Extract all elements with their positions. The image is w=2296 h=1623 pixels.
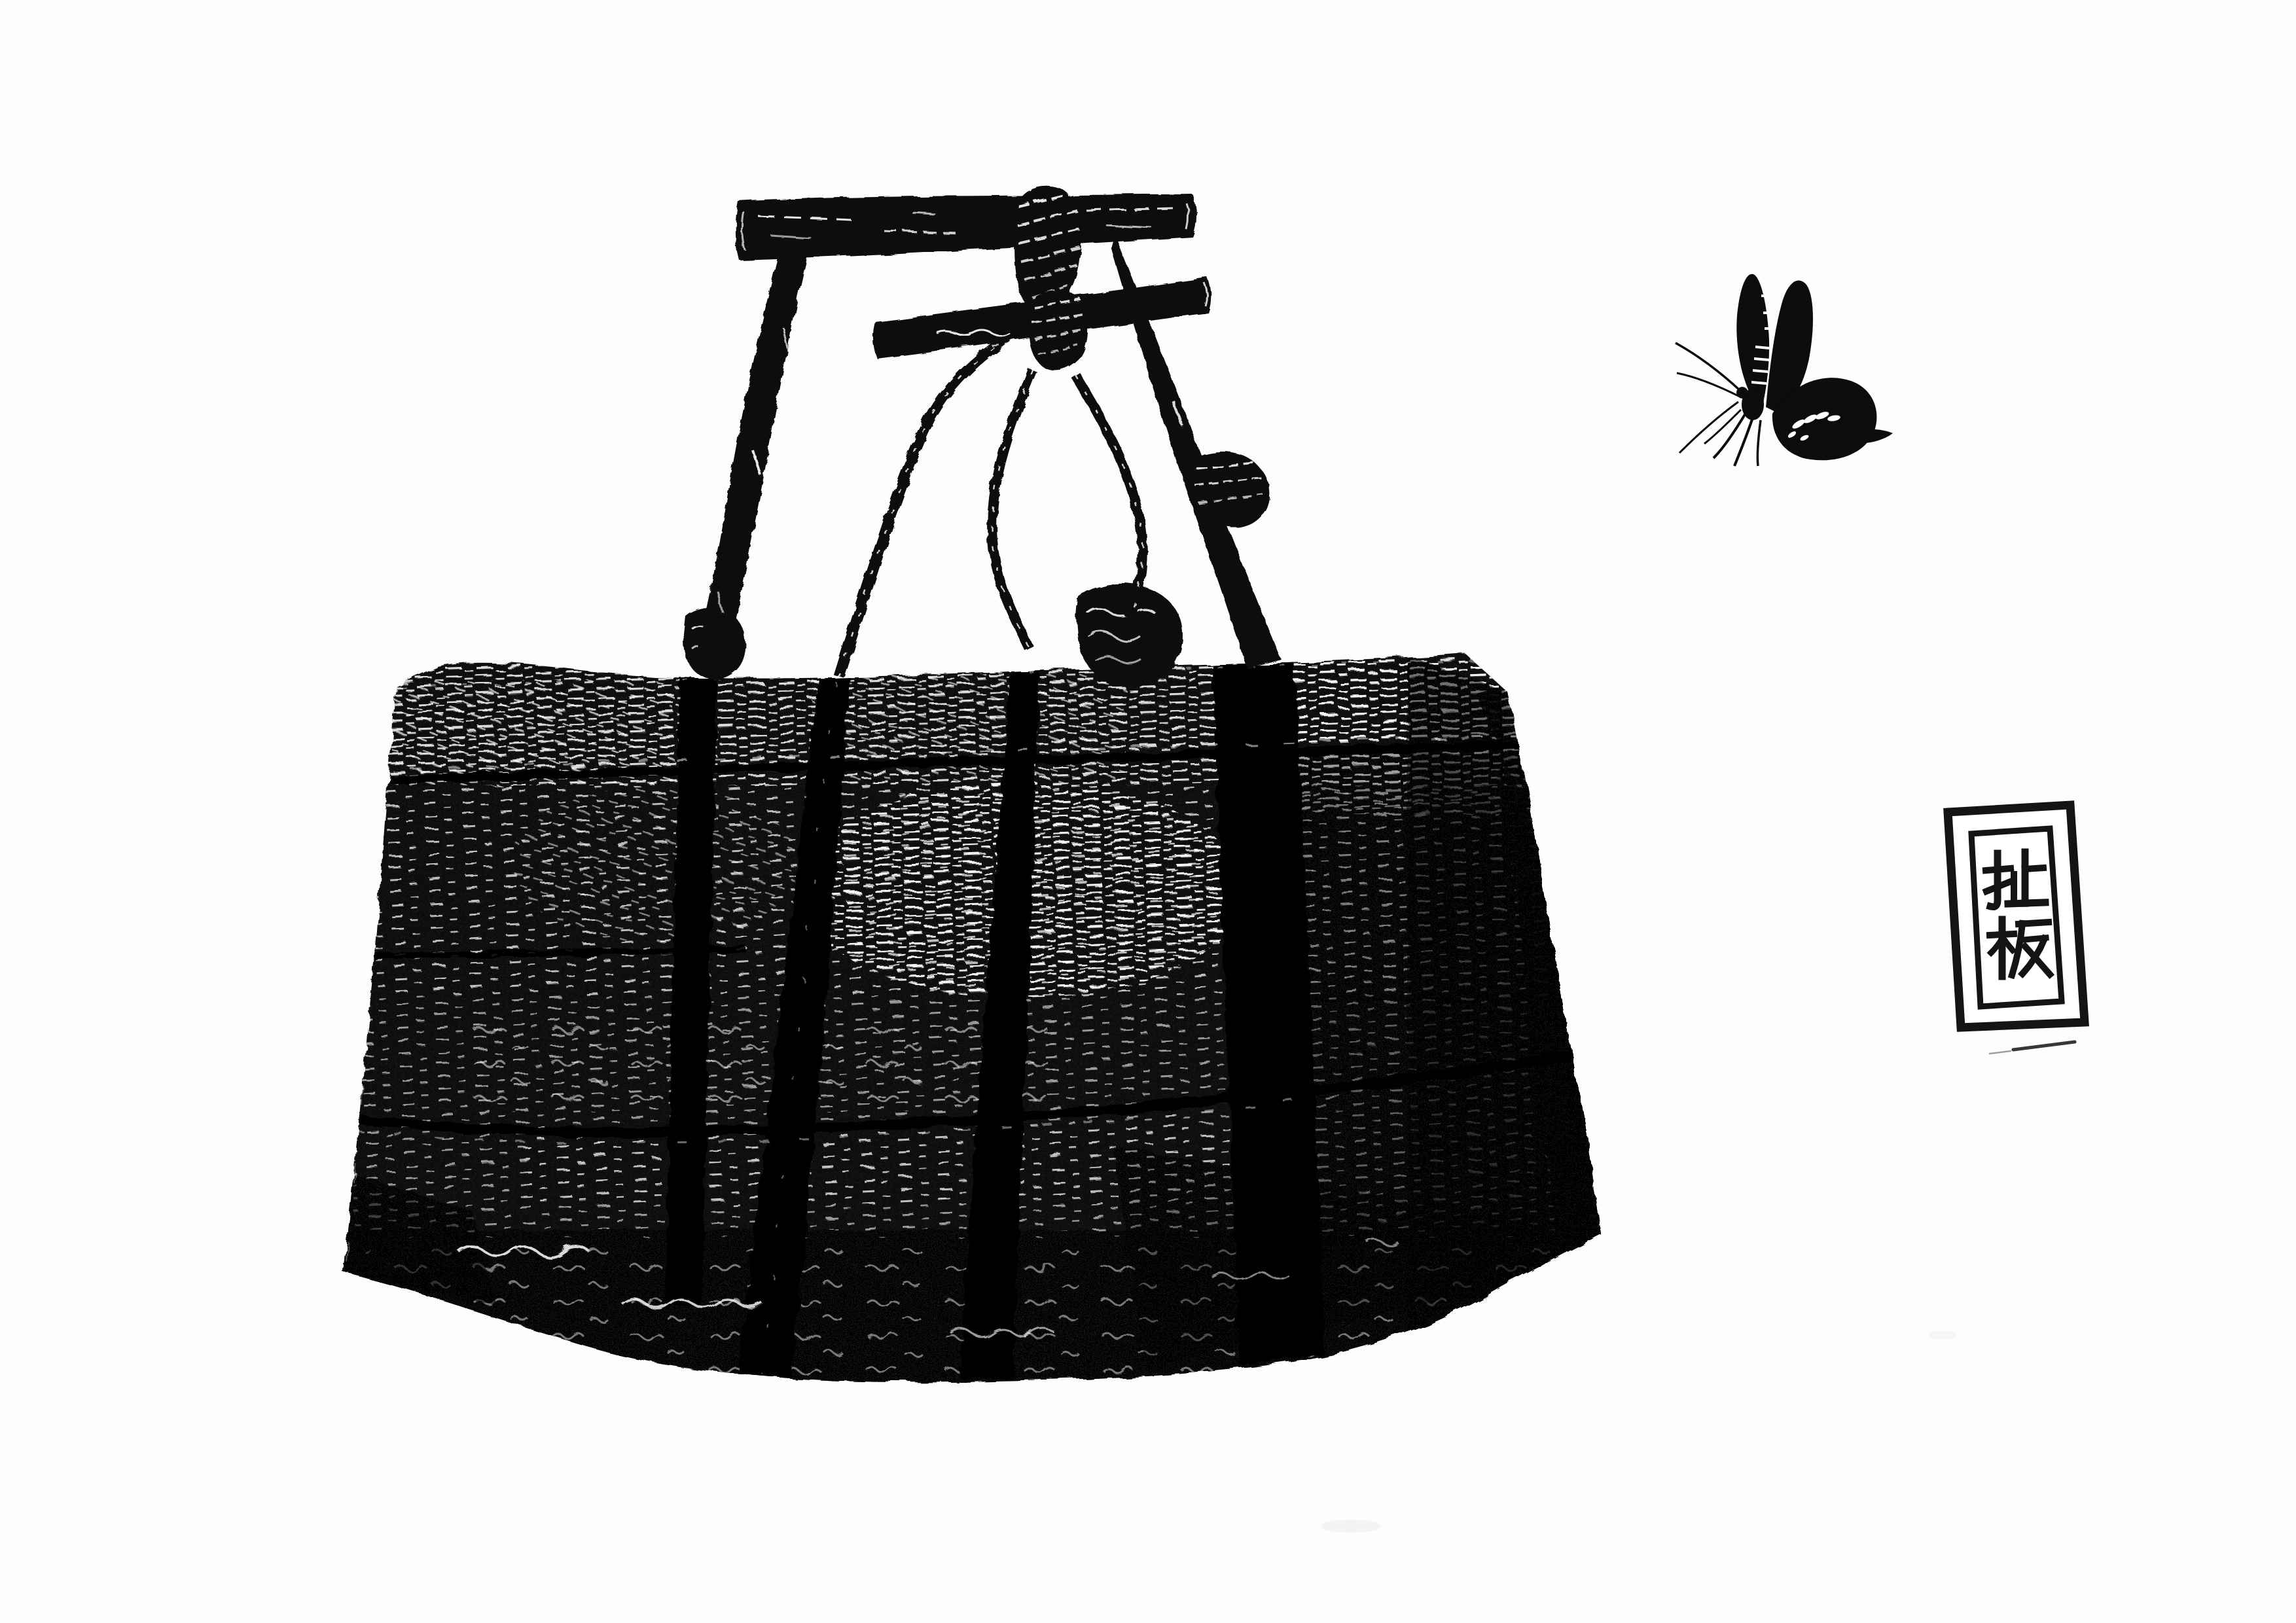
woodcut-print-canvas <box>0 0 2296 1623</box>
board-texture <box>327 641 1636 1400</box>
drag-board <box>327 641 1636 1400</box>
woodcut-print-page: 扯板 扯 板 <box>0 0 2296 1623</box>
cross-bar-knot <box>1029 290 1088 370</box>
seal <box>1948 805 2085 1054</box>
butterfly-head <box>1736 387 1748 399</box>
